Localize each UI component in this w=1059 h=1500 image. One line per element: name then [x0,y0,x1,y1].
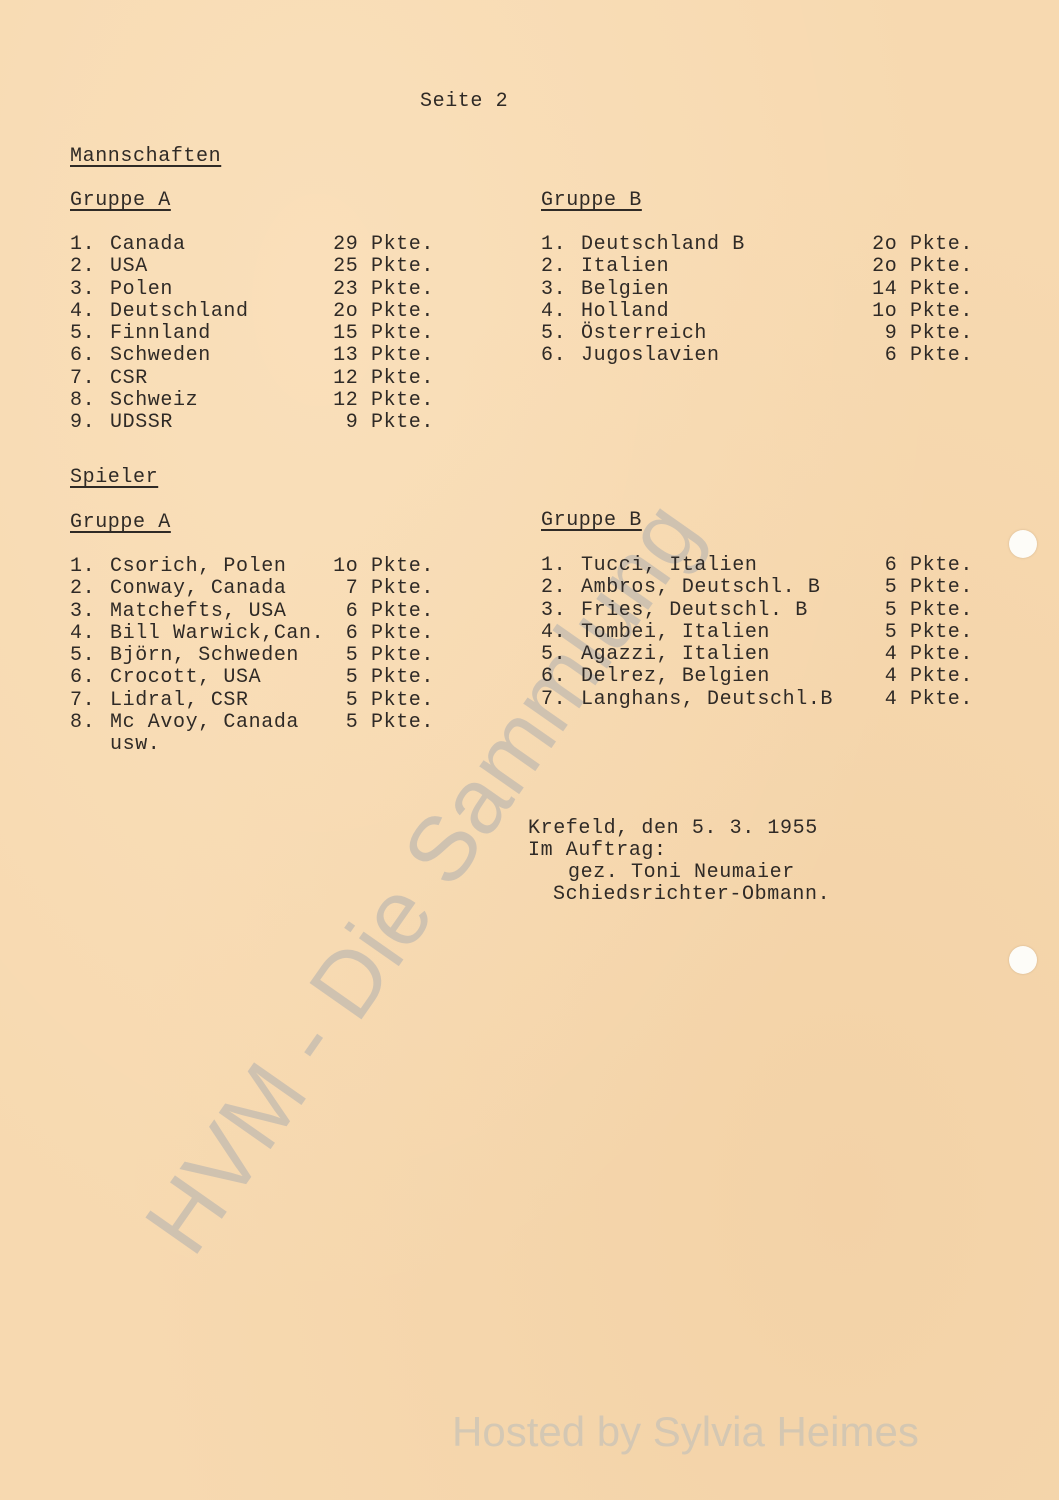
rank: 5. [70,645,110,667]
points: 4 Pkte. [885,666,973,688]
table-row: 5.Björn, Schweden5 Pkte. [70,645,434,667]
points: 5 Pkte. [346,690,434,712]
player-name: Delrez, Belgien [581,666,770,688]
punch-hole-top [1009,530,1037,558]
points: 5 Pkte. [346,645,434,667]
table-row: 8.Mc Avoy, Canada5 Pkte. [70,712,434,734]
points: 4 Pkte. [885,644,973,666]
points: 5 Pkte. [885,622,973,644]
table-row: 8.Schweiz12 Pkte. [70,390,434,412]
table-row: 1.Deutschland B2o Pkte. [541,234,973,256]
team-name: Jugoslavien [581,345,720,367]
player-name: Ambros, Deutschl. B [581,577,820,599]
table-row: 7.Langhans, Deutschl.B4 Pkte. [541,689,973,711]
rank: 3. [70,601,110,623]
rank: 5. [541,323,581,345]
team-name: USA [110,256,148,278]
points: 6 Pkte. [346,601,434,623]
player-name: Crocott, USA [110,667,261,689]
rank: 5. [70,323,110,345]
team-name: Finnland [110,323,211,345]
player-name: Bill Warwick,Can. [110,623,324,645]
table-row: 6.Delrez, Belgien4 Pkte. [541,666,973,688]
points: 2o Pkte. [872,234,973,256]
table-row: 1.Canada29 Pkte. [70,234,434,256]
table-row: 4.Holland1o Pkte. [541,301,973,323]
points: 7 Pkte. [346,578,434,600]
rank: 7. [70,690,110,712]
table-row: 3.Polen23 Pkte. [70,279,434,301]
teams-group-a-list: 1.Canada29 Pkte. 2.USA25 Pkte. 3.Polen23… [70,234,434,435]
rank: 2. [541,577,581,599]
points: 15 Pkte. [333,323,434,345]
player-name: Csorich, Polen [110,556,286,578]
team-name: Deutschland B [581,234,745,256]
table-row: 2.USA25 Pkte. [70,256,434,278]
points: 29 Pkte. [333,234,434,256]
points: 6 Pkte. [885,345,973,367]
rank: 6. [70,345,110,367]
table-row: 5.Agazzi, Italien4 Pkte. [541,644,973,666]
rank: 5. [541,644,581,666]
table-row: 7.Lidral, CSR5 Pkte. [70,690,434,712]
table-row: 3.Belgien14 Pkte. [541,279,973,301]
continuation-row: usw. [70,734,434,756]
table-row: 3.Fries, Deutschl. B5 Pkte. [541,600,973,622]
points: 4 Pkte. [885,689,973,711]
hosted-by-watermark: Hosted by Sylvia Heimes [452,1408,919,1456]
rank: 3. [541,279,581,301]
players-group-b-list: 1.Tucci, Italien6 Pkte. 2.Ambros, Deutsc… [541,555,973,711]
points: 13 Pkte. [333,345,434,367]
rank: 6. [541,345,581,367]
points: 9 Pkte. [885,323,973,345]
team-name: Polen [110,279,173,301]
points: 2o Pkte. [872,256,973,278]
player-name: Björn, Schweden [110,645,299,667]
table-row: 5.Österreich9 Pkte. [541,323,973,345]
rank: 4. [541,301,581,323]
table-row: 7.CSR12 Pkte. [70,368,434,390]
players-heading: Spieler [70,467,158,489]
points: 6 Pkte. [885,555,973,577]
player-name: Tucci, Italien [581,555,757,577]
teams-group-a-title: Gruppe A [70,190,171,212]
points: 2o Pkte. [333,301,434,323]
rank: 3. [70,279,110,301]
player-name: Tombei, Italien [581,622,770,644]
punch-hole-bottom [1009,946,1037,974]
player-name: Lidral, CSR [110,690,249,712]
team-name: UDSSR [110,412,173,434]
rank: 3. [541,600,581,622]
points: 12 Pkte. [333,368,434,390]
table-row: 5.Finnland15 Pkte. [70,323,434,345]
table-row: 2.Italien2o Pkte. [541,256,973,278]
signature-signed: gez. Toni Neumaier [568,862,795,884]
points: 1o Pkte. [872,301,973,323]
rank: 2. [541,256,581,278]
table-row: 9.UDSSR9 Pkte. [70,412,434,434]
rank: 4. [70,623,110,645]
player-name: Mc Avoy, Canada [110,712,299,734]
points: 1o Pkte. [333,556,434,578]
rank: 1. [70,556,110,578]
table-row: 6.Crocott, USA5 Pkte. [70,667,434,689]
rank: 1. [541,234,581,256]
rank: 7. [70,368,110,390]
rank: 6. [70,667,110,689]
points: 6 Pkte. [346,623,434,645]
players-group-a-list: 1.Csorich, Polen1o Pkte. 2.Conway, Canad… [70,556,434,757]
player-name: Agazzi, Italien [581,644,770,666]
table-row: 2.Conway, Canada7 Pkte. [70,578,434,600]
teams-group-b-list: 1.Deutschland B2o Pkte. 2.Italien2o Pkte… [541,234,973,368]
signature-place-date: Krefeld, den 5. 3. 1955 [528,818,818,840]
team-name: Schweden [110,345,211,367]
points: 9 Pkte. [346,412,434,434]
rank: 8. [70,390,110,412]
player-name: Conway, Canada [110,578,286,600]
points: 5 Pkte. [346,712,434,734]
rank: 6. [541,666,581,688]
rank: 4. [541,622,581,644]
table-row: 3.Matchefts, USA6 Pkte. [70,601,434,623]
points: 23 Pkte. [333,279,434,301]
table-row: 4.Tombei, Italien5 Pkte. [541,622,973,644]
rank: 8. [70,712,110,734]
continuation-text: usw. [110,734,160,756]
rank: 4. [70,301,110,323]
team-name: Canada [110,234,186,256]
signature-role: Schiedsrichter-Obmann. [553,884,830,906]
points: 5 Pkte. [885,577,973,599]
table-row: 6.Schweden13 Pkte. [70,345,434,367]
rank: 2. [70,578,110,600]
points: 14 Pkte. [872,279,973,301]
table-row: 2.Ambros, Deutschl. B5 Pkte. [541,577,973,599]
player-name: Langhans, Deutschl.B [581,689,833,711]
points: 5 Pkte. [885,600,973,622]
team-name: CSR [110,368,148,390]
points: 5 Pkte. [346,667,434,689]
points: 25 Pkte. [333,256,434,278]
team-name: Deutschland [110,301,249,323]
rank: 9. [70,412,110,434]
player-name: Matchefts, USA [110,601,286,623]
team-name: Holland [581,301,669,323]
team-name: Österreich [581,323,707,345]
rank: 7. [541,689,581,711]
teams-heading: Mannschaften [70,146,221,168]
table-row: 1.Tucci, Italien6 Pkte. [541,555,973,577]
points: 12 Pkte. [333,390,434,412]
table-row: 6.Jugoslavien6 Pkte. [541,345,973,367]
rank: 1. [70,234,110,256]
rank: 1. [541,555,581,577]
team-name: Italien [581,256,669,278]
team-name: Belgien [581,279,669,301]
team-name: Schweiz [110,390,198,412]
rank: 2. [70,256,110,278]
table-row: 4.Bill Warwick,Can.6 Pkte. [70,623,434,645]
signature-on-behalf: Im Auftrag: [528,840,667,862]
teams-group-b-title: Gruppe B [541,190,642,212]
players-group-a-title: Gruppe A [70,512,171,534]
player-name: Fries, Deutschl. B [581,600,808,622]
page-label: Seite 2 [420,91,508,113]
players-group-b-title: Gruppe B [541,510,642,532]
table-row: 4.Deutschland2o Pkte. [70,301,434,323]
table-row: 1.Csorich, Polen1o Pkte. [70,556,434,578]
